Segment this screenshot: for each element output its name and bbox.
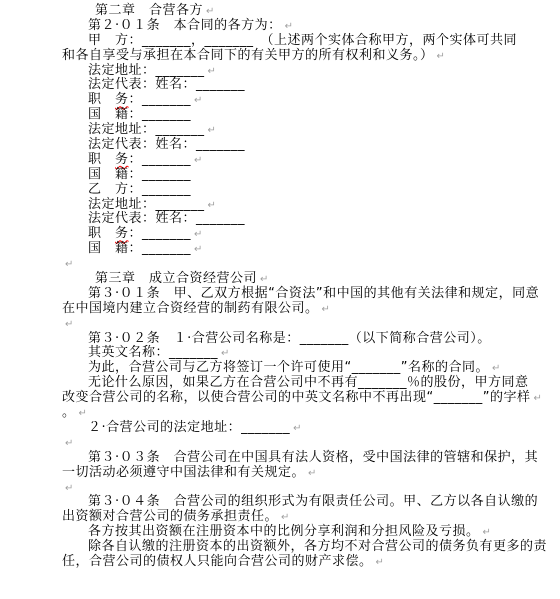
line-text: 无论什么原因，如果乙方在合营公司中不再有_______％的股份，甲方同意 [88,375,529,390]
line-text: 职 [88,226,115,241]
line-text: 国 籍：_______ [88,167,191,182]
document-line[interactable]: 国 籍：_______↵ [0,242,560,257]
document-line[interactable]: 第三章 成立合资经营公司↵ [0,272,560,287]
document-line[interactable]: 法定地址：_______↵ [0,198,560,213]
paragraph-mark-icon: ↵ [218,348,229,359]
line-text: ：_______ [129,92,192,107]
line-text: 甲 方：_______，_______ （上述两个实体合称甲方，两个实体可共同 [88,33,517,48]
line-text: 各方按其出资额在注册资本中的比例分享利润和分担风险及亏损。 [88,524,480,539]
document-line[interactable]: 任，合营公司的债权人只能向合营公司的财产求偿。↵ [0,555,560,570]
document-line[interactable]: 国 籍：_______ [0,108,560,123]
paragraph-mark-icon: ↵ [489,363,500,374]
paragraph-mark-icon: ↵ [282,21,293,32]
document-line[interactable]: 甲 方：_______，_______ （上述两个实体合称甲方，两个实体可共同 [0,34,560,49]
document-line[interactable]: ↵ [0,257,560,272]
line-text: 法定地址：_______ [88,122,205,137]
paragraph-mark-icon: ↵ [373,557,384,568]
paragraph-mark-icon: ↵ [278,512,289,523]
paragraph-mark-icon: ↵ [290,423,301,434]
line-text: 除各自认缴的注册资本的出资额外，各方均不对合营公司的债务负有更多的责 [88,539,547,554]
paragraph-mark-icon: ↵ [480,527,491,538]
document-line[interactable]: 第二章 合营各方↵ [0,4,560,19]
document-line[interactable]: ２·合营公司的法定地址：_______↵ [0,421,560,436]
document-text-area[interactable]: 第二章 合营各方↵第２·０１条 本合同的各方为：↵甲 方：_______，___… [0,4,560,570]
line-text: 职 [88,152,115,167]
document-line[interactable]: ↵ [0,436,560,451]
line-text: 法定代表：姓名：_______ [88,137,245,152]
paragraph-mark-icon: ↵ [191,95,202,106]
document-line[interactable]: 。↵ [0,406,560,421]
misspelled-word: 务 [115,92,129,107]
document-line[interactable]: 国 籍：_______ [0,168,560,183]
document-line[interactable]: 职 务：_______↵ [0,93,560,108]
document-line[interactable]: 法定代表：姓名：_______ [0,212,560,227]
line-text: 国 籍：_______ [88,107,191,122]
line-text: 任，合营公司的债权人只能向合营公司的财产求偿。 [62,554,373,569]
line-text: 乙 方：_______ [88,182,191,197]
line-text: 其英文名称：_______ [88,345,218,360]
document-line[interactable]: 职 务：_______↵ [0,153,560,168]
document-line[interactable]: 法定代表：姓名：_______ [0,78,560,93]
document-line[interactable]: 和各自享受与承担在本合同下的有关甲方的所有权利和义务。）↵ [0,49,560,64]
document-line[interactable]: 第３·０３条 合营公司在中国具有法人资格，受中国法律的管辖和保护，其 [0,451,560,466]
document-line[interactable]: 法定代表：姓名：_______ [0,138,560,153]
line-text: ２·合营公司的法定地址：_______ [88,420,290,435]
paragraph-mark-icon: ↵ [191,155,202,166]
document-line[interactable]: 第２·０１条 本合同的各方为：↵ [0,19,560,34]
line-text: 。 [62,405,76,420]
document-line[interactable]: 法定地址：_______↵ [0,123,560,138]
paragraph-mark-icon: ↵ [62,319,73,330]
document-line[interactable]: 除各自认缴的注册资本的出资额外，各方均不对合营公司的债务负有更多的责 [0,540,560,555]
line-text: 在中国境内建立合资经营的制药有限公司。 [62,301,319,316]
misspelled-word: 务 [115,152,129,167]
line-text: 第三章 成立合资经营公司 [95,271,257,286]
document-line[interactable]: 出资额对合营公司的债务承担责任。↵ [0,510,560,525]
line-text: 法定代表：姓名：_______ [88,211,245,226]
line-text: 改变合营公司的名称，以使合营公司的中英文名称中不再出现“_______”的字样 [62,390,530,405]
paragraph-mark-icon: ↵ [305,468,316,479]
document-line[interactable]: 第３·０１条 甲、乙双方根据“合资法”和中国的其他有关法律和规定，同意 [0,287,560,302]
paragraph-mark-icon: ↵ [76,408,87,419]
paragraph-mark-icon: ↵ [530,393,541,404]
line-text: ：_______ [129,152,192,167]
line-text: 法定地址：_______ [88,63,205,78]
line-text: 为此，合营公司与乙方将签订一个许可使用“_______”名称的合同。 [88,360,489,375]
paragraph-mark-icon: ↵ [62,483,73,494]
document-line[interactable]: 法定地址：_______↵ [0,64,560,79]
line-text: 第二章 合营各方 [95,3,203,18]
line-text: 第３·０２条 １·合营公司名称是：_______（以下简称合营公司）。 [88,331,491,346]
line-text: 和各自享受与承担在本合同下的有关甲方的所有权利和义务。） [62,48,434,63]
paragraph-mark-icon: ↵ [257,274,268,285]
paragraph-mark-icon: ↵ [62,438,73,449]
document-line[interactable]: 各方按其出资额在注册资本中的比例分享利润和分担风险及亏损。↵ [0,525,560,540]
paragraph-mark-icon: ↵ [205,200,216,211]
line-text: ：_______ [129,226,192,241]
line-text: 第３·０４条 合营公司的组织形式为有限责任公司。甲、乙方以各自认缴的 [88,494,538,509]
paragraph-mark-icon: ↵ [319,304,330,315]
line-text: 法定地址：_______ [88,197,205,212]
paragraph-mark-icon: ↵ [434,51,445,62]
document-line[interactable]: 改变合营公司的名称，以使合营公司的中英文名称中不再出现“_______”的字样↵ [0,391,560,406]
line-text: 国 籍：_______ [88,241,191,256]
document-line[interactable]: ↵ [0,317,560,332]
paragraph-mark-icon: ↵ [191,244,202,255]
line-text: 一切活动必须遵守中国法律和有关规定。 [62,465,305,480]
line-text: 职 [88,92,115,107]
misspelled-word: 务 [115,226,129,241]
document-line[interactable]: 乙 方：_______ [0,183,560,198]
line-text: 法定代表：姓名：_______ [88,77,245,92]
paragraph-mark-icon: ↵ [205,125,216,136]
document-line[interactable]: 职 务：_______↵ [0,227,560,242]
document-line[interactable]: 第３·０２条 １·合营公司名称是：_______（以下简称合营公司）。 [0,332,560,347]
line-text: 出资额对合营公司的债务承担责任。 [62,509,278,524]
document-page[interactable]: 第二章 合营各方↵第２·０１条 本合同的各方为：↵甲 方：_______，___… [0,0,560,599]
line-text: 第３·０３条 合营公司在中国具有法人资格，受中国法律的管辖和保护，其 [88,450,538,465]
line-text: 第２·０１条 本合同的各方为： [88,18,282,33]
document-line[interactable]: 无论什么原因，如果乙方在合营公司中不再有_______％的股份，甲方同意 [0,376,560,391]
document-line[interactable]: 一切活动必须遵守中国法律和有关规定。↵ [0,466,560,481]
document-line[interactable]: 在中国境内建立合资经营的制药有限公司。↵ [0,302,560,317]
paragraph-mark-icon: ↵ [191,229,202,240]
line-text: 第３·０１条 甲、乙双方根据“合资法”和中国的其他有关法律和规定，同意 [88,286,539,301]
paragraph-mark-icon: ↵ [62,259,73,270]
paragraph-mark-icon: ↵ [205,66,216,77]
paragraph-mark-icon: ↵ [203,6,214,17]
